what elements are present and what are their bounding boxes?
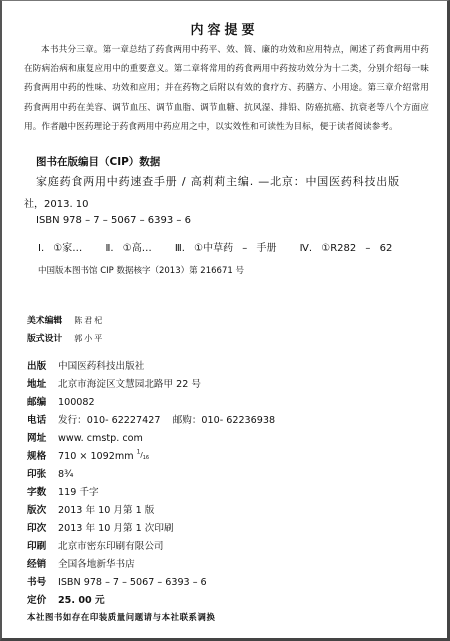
imprint-value: 发行：010- 62227427 邮购：010- 62236938 xyxy=(58,412,275,426)
imprint-book-number: 书号ISBN 978 – 7 – 5067 – 6393 – 6 xyxy=(27,574,207,588)
credit-layout-design: 版式设计郭小平 xyxy=(27,331,104,344)
imprint-label: 印张 xyxy=(27,466,58,480)
cip-heading: 图书在版编目（CIP）数据 xyxy=(36,154,160,169)
imprint-printing: 印次2013 年 10 月第 1 次印刷 xyxy=(27,520,174,534)
imprint-label: 电话 xyxy=(27,412,58,426)
imprint-label: 版次 xyxy=(27,502,58,516)
imprint-value: 北京市密东印刷有限公司 xyxy=(58,538,164,552)
imprint-label: 地址 xyxy=(27,376,58,390)
imprint-value: 100082 xyxy=(58,397,95,408)
imprint-sheets: 印张8¾ xyxy=(27,466,73,480)
cip-check-number: 中国版本图书馆 CIP 数据核字（2013）第 216671 号 xyxy=(38,264,244,276)
imprint-edition: 版次2013 年 10 月第 1 版 xyxy=(27,502,154,516)
fraction-numerator: 1 xyxy=(137,450,141,456)
imprint-website: 网址www. cmstp. com xyxy=(27,430,143,444)
imprint-phone: 电话发行：010- 62227427 邮购：010- 62236938 xyxy=(27,412,275,426)
cip-class-3: Ⅲ. ①中草药 – 手册 xyxy=(175,243,277,254)
imprint-distributor: 经销全国各地新华书店 xyxy=(27,556,135,570)
imprint-label: 字数 xyxy=(27,484,58,498)
imprint-label: 规格 xyxy=(27,448,58,462)
imprint-price: 定价25. 00 元 xyxy=(27,592,105,606)
imprint-word-count: 字数119 千字 xyxy=(27,484,99,498)
imprint-value: ISBN 978 – 7 – 5067 – 6393 – 6 xyxy=(58,577,207,588)
credit-label: 版式设计 xyxy=(27,331,62,344)
imprint-publisher: 出版中国医药科技出版社 xyxy=(27,358,144,372)
imprint-postcode: 邮编100082 xyxy=(27,394,95,408)
imprint-address: 地址北京市海淀区文慧园北路甲 22 号 xyxy=(27,376,201,390)
fraction-denominator: 16 xyxy=(143,455,149,461)
imprint-label: 印次 xyxy=(27,520,58,534)
imprint-label: 邮编 xyxy=(27,394,58,408)
imprint-label: 出版 xyxy=(27,358,58,372)
imprint-value: 8¾ xyxy=(58,469,73,480)
summary-paragraph: 本书共分三章。第一章总结了药食两用中药平、效、简、廉的功效和应用特点，阐述了药食… xyxy=(24,41,429,137)
credit-art-editor: 美术编辑陈君杞 xyxy=(27,313,104,326)
imprint-printer: 印刷北京市密东印刷有限公司 xyxy=(27,538,164,552)
cip-class-1: Ⅰ. ①家… xyxy=(38,243,82,254)
imprint-value: 北京市海淀区文慧园北路甲 22 号 xyxy=(58,376,201,390)
cip-classification: Ⅰ. ①家… Ⅱ. ①高… Ⅲ. ①中草药 – 手册 Ⅳ. ①R282 – 62 xyxy=(38,239,406,254)
imprint-label: 经销 xyxy=(27,556,58,570)
cip-class-2: Ⅱ. ①高… xyxy=(105,243,151,254)
imprint-label: 网址 xyxy=(27,430,58,444)
cip-publisher-line: 社，2013. 10 xyxy=(24,195,89,210)
format-fraction: 1/16 xyxy=(137,451,149,459)
imprint-label: 书号 xyxy=(27,574,58,588)
cip-title-line: 家庭药食两用中药速查手册 / 高莉莉主编. —北京：中国医药科技出版 xyxy=(36,173,400,189)
credit-value: 郭小平 xyxy=(74,334,104,343)
imprint-value: 25. 00 元 xyxy=(58,592,105,606)
imprint-value: 全国各地新华书店 xyxy=(58,556,135,570)
imprint-label: 印刷 xyxy=(27,538,58,552)
credit-value: 陈君杞 xyxy=(74,316,104,325)
imprint-format: 规格710 × 1092mm 1/16 xyxy=(27,448,149,462)
cip-class-4: Ⅳ. ①R282 – 62 xyxy=(300,243,393,254)
copyright-page: 内容提要 本书共分三章。第一章总结了药食两用中药平、效、简、廉的功效和应用特点，… xyxy=(0,0,450,641)
imprint-value: 2013 年 10 月第 1 版 xyxy=(58,502,154,516)
imprint-value: 中国医药科技出版社 xyxy=(58,358,144,372)
imprint-value: 119 千字 xyxy=(58,484,99,498)
cip-isbn: ISBN 978 – 7 – 5067 – 6393 – 6 xyxy=(36,215,191,226)
credit-label: 美术编辑 xyxy=(27,313,62,326)
imprint-value: www. cmstp. com xyxy=(58,433,143,444)
imprint-value: 2013 年 10 月第 1 次印刷 xyxy=(58,520,174,534)
imprint-value: 710 × 1092mm xyxy=(58,451,134,462)
footer-note: 本社图书如存在印装质量问题请与本社联系调换 xyxy=(27,611,215,623)
imprint-label: 定价 xyxy=(27,592,58,606)
summary-title: 内容提要 xyxy=(2,19,447,38)
